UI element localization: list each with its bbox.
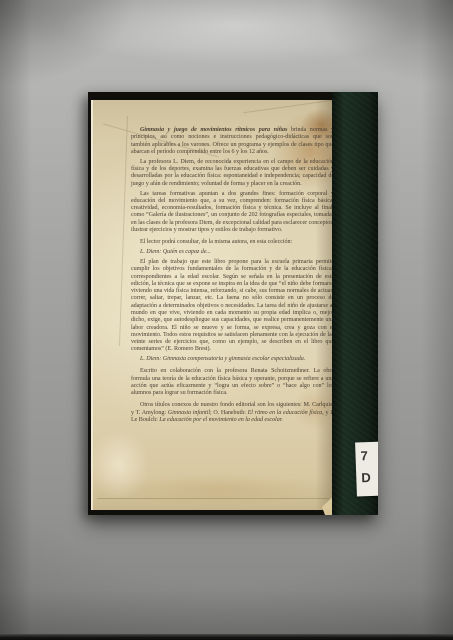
book-back-cover: Gimnasia y juego de movimientos rítmicos… <box>88 92 378 515</box>
cover-paragraph: El lector podrá consultar, de la misma a… <box>131 239 334 246</box>
cover-text-segment: Escrito en colaboración con la profesora… <box>131 368 334 396</box>
cover-paragraph: Las tareas formativas apuntan a dos gran… <box>131 191 334 235</box>
cover-text-segment: L. Diem: Quién es capaz de... <box>140 249 211 255</box>
paper-stain <box>113 472 323 506</box>
cover-paragraph: Otros títulos conexos de nuestro fondo e… <box>131 402 334 424</box>
photo-background: Gimnasia y juego de movimientos rítmicos… <box>0 0 453 640</box>
photo-edge <box>0 634 453 640</box>
cover-paragraph: El plan de trabajo que este libro propon… <box>131 259 334 354</box>
cover-text-segment: Las tareas formativas apuntan a dos gran… <box>131 191 334 233</box>
cover-paragraph: Escrito en colaboración con la profesora… <box>131 368 334 397</box>
paper-crease <box>243 100 332 114</box>
cover-text-segment: Gimnasia infantil <box>168 410 210 416</box>
library-sticker: 7 D <box>355 442 378 497</box>
cover-text-segment: La educación por el movimiento en la eda… <box>159 417 283 423</box>
cover-text: Gimnasia y juego de movimientos rítmicos… <box>131 127 334 427</box>
cover-paragraph: Gimnasia y juego de movimientos rítmicos… <box>131 127 334 156</box>
paper-crease <box>119 116 128 346</box>
cover-text-segment: ; O. Hanebuth: <box>210 410 248 416</box>
cover-text-segment: El plan de trabajo que este libro propon… <box>131 259 334 353</box>
paper-stain <box>89 430 149 500</box>
cover-paragraph: La profesora L. Diem, de reconocida expe… <box>131 159 334 188</box>
cover-paragraph: L. Diem: Gimnasia compensatoria y gimnas… <box>131 356 334 363</box>
cover-text-segment: La profesora L. Diem, de reconocida expe… <box>131 159 334 187</box>
paper-crease <box>97 498 329 499</box>
cover-text-segment: L. Diem: Gimnasia compensatoria y gimnas… <box>140 356 305 362</box>
cover-text-segment: Gimnasia y juego de movimientos rítmicos… <box>140 127 287 133</box>
cover-text-segment: El lector podrá consultar, de la misma a… <box>140 239 292 245</box>
cover-paper: Gimnasia y juego de movimientos rítmicos… <box>91 100 332 510</box>
book-spine: 7 D <box>332 92 378 515</box>
sticker-line: D <box>361 467 378 490</box>
sticker-line: 7 <box>360 445 378 468</box>
cover-paragraph: L. Diem: Quién es capaz de... <box>131 249 334 256</box>
cover-text-segment: El ritmo en la educación física <box>248 410 323 416</box>
